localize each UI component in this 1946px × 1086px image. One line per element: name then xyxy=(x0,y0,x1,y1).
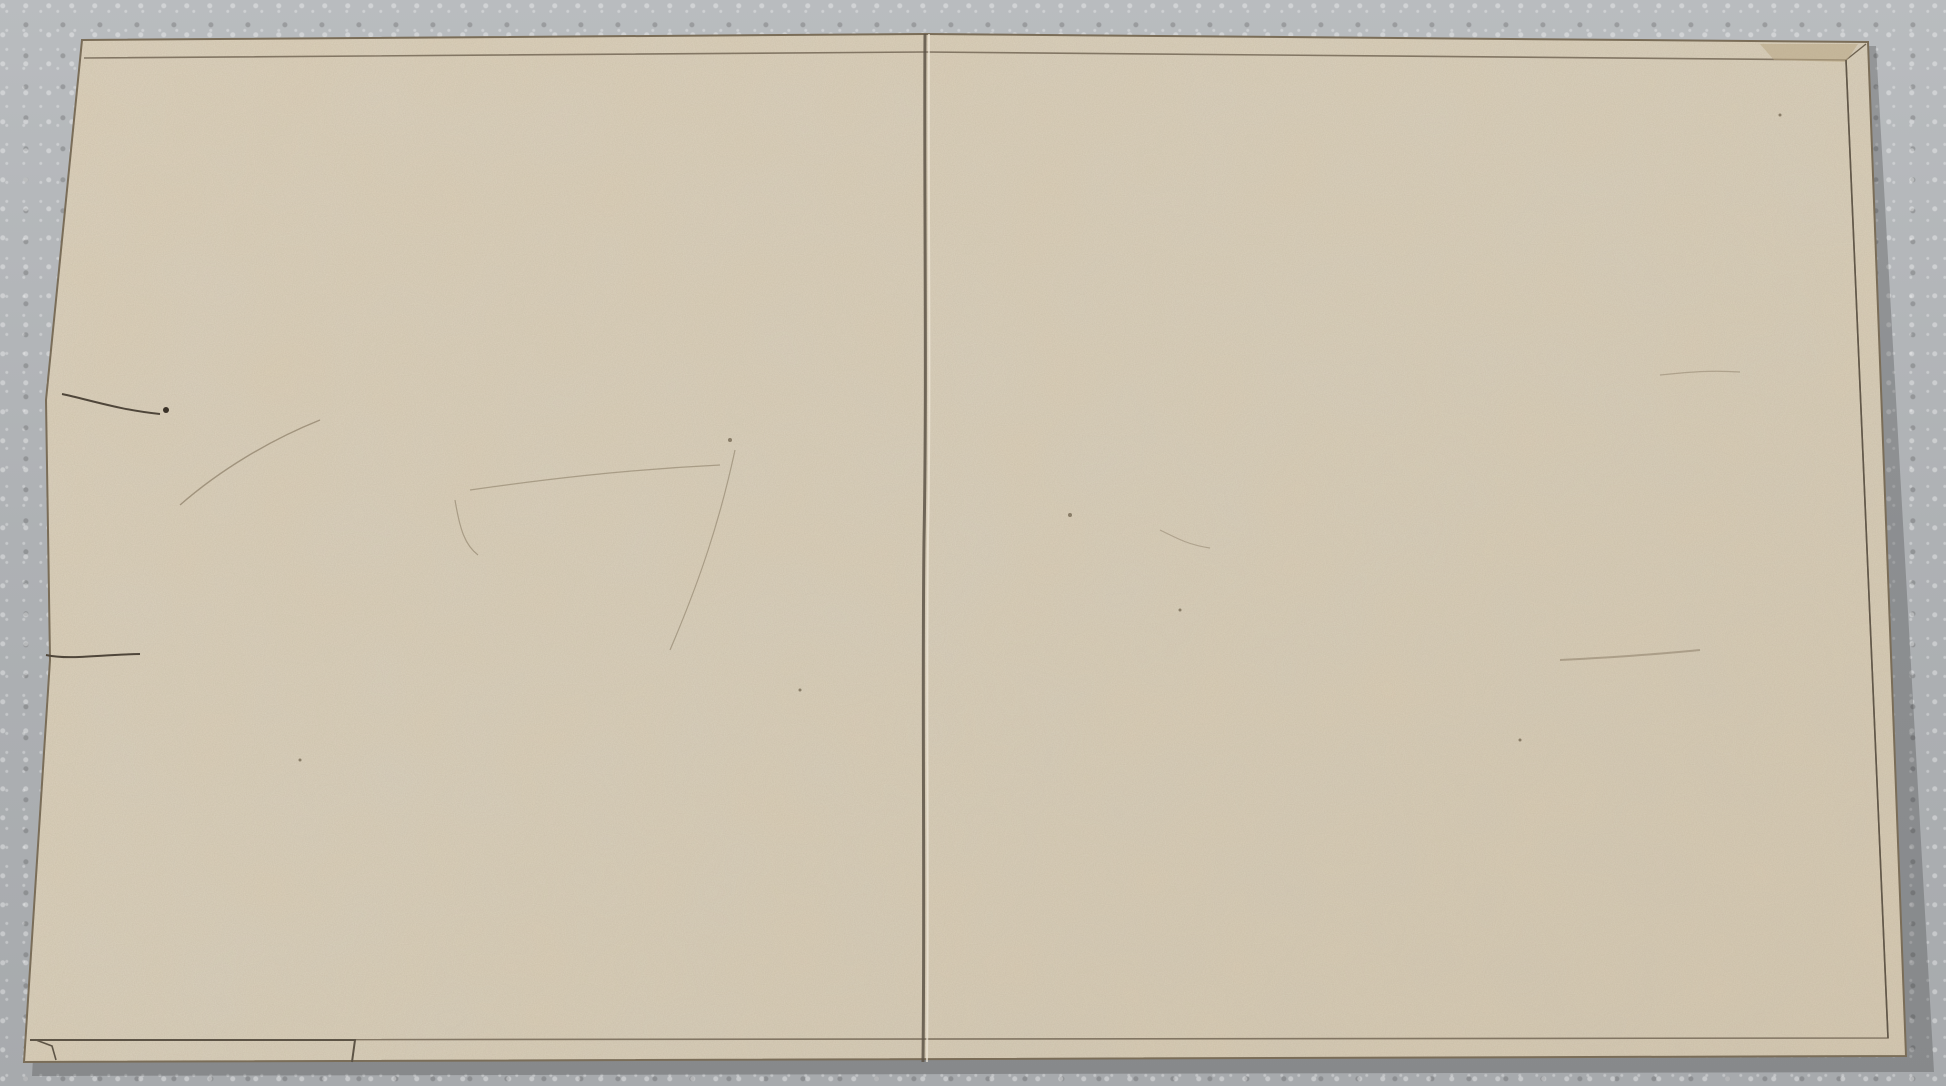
paper-illustration xyxy=(0,0,1946,1086)
folded-paper-sheet xyxy=(0,0,1946,1086)
